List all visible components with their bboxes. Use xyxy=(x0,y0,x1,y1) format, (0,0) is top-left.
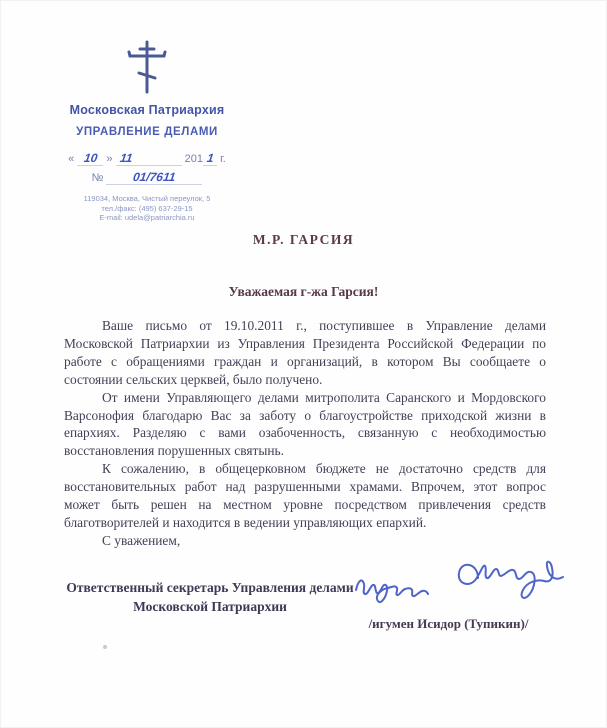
date-month-underline: 11 xyxy=(116,152,182,166)
signer-name: /игумен Исидор (Тупикин)/ xyxy=(346,616,551,632)
letter-body: Ваше письмо от 19.10.2011 г., поступивше… xyxy=(64,317,546,550)
date-line: « 10 » 11 2011 г. xyxy=(38,152,256,166)
address-line-2: тел./факс: (495) 637-29-15 xyxy=(38,204,256,214)
signature-handwriting xyxy=(350,546,565,620)
paragraph-2: От имени Управляющего делами митрополита… xyxy=(64,389,546,461)
date-year-underline: 1 xyxy=(203,152,217,166)
date-year-handwritten: 1 xyxy=(206,152,214,164)
paragraph-3: К сожалению, в общецерковном бюджете не … xyxy=(64,460,546,532)
letter-page: Московская Патриархия УПРАВЛЕНИЕ ДЕЛАМИ … xyxy=(0,0,607,728)
ref-label: № xyxy=(92,172,104,184)
date-close-quote: » xyxy=(106,153,112,165)
date-open-quote: « xyxy=(68,153,74,165)
address-line-1: 119034, Москва, Чистый переулок, 5 xyxy=(38,194,256,204)
date-year-printed: 201 xyxy=(185,153,203,165)
date-day-handwritten: 10 xyxy=(83,152,98,164)
address-block: 119034, Москва, Чистый переулок, 5 тел./… xyxy=(38,194,256,223)
ref-handwritten: 01/7611 xyxy=(132,171,176,183)
scan-speck xyxy=(103,645,107,649)
org-name: Московская Патриархия xyxy=(38,103,256,117)
address-line-3: E-mail: udela@patriarchia.ru xyxy=(38,213,256,223)
signer-title: Ответственный секретарь Управления делам… xyxy=(50,578,370,616)
date-suffix: г. xyxy=(220,153,226,165)
signer-title-line-1: Ответственный секретарь Управления делам… xyxy=(50,578,370,597)
date-month-handwritten: 11 xyxy=(119,152,133,164)
letterhead: Московская Патриархия УПРАВЛЕНИЕ ДЕЛАМИ … xyxy=(38,38,256,223)
signer-title-line-2: Московской Патриархии xyxy=(50,597,370,616)
ref-underline: 01/7611 xyxy=(106,171,202,185)
date-day-underline: 10 xyxy=(77,152,103,166)
dept-name: УПРАВЛЕНИЕ ДЕЛАМИ xyxy=(38,126,256,138)
recipient-name: М.Р. ГАРСИЯ xyxy=(0,232,607,248)
paragraph-1: Ваше письмо от 19.10.2011 г., поступивше… xyxy=(64,317,546,389)
salutation: Уважаемая г-жа Гарсия! xyxy=(0,284,607,300)
reference-number-line: № 01/7611 xyxy=(38,171,256,185)
orthodox-cross-icon xyxy=(124,38,170,96)
